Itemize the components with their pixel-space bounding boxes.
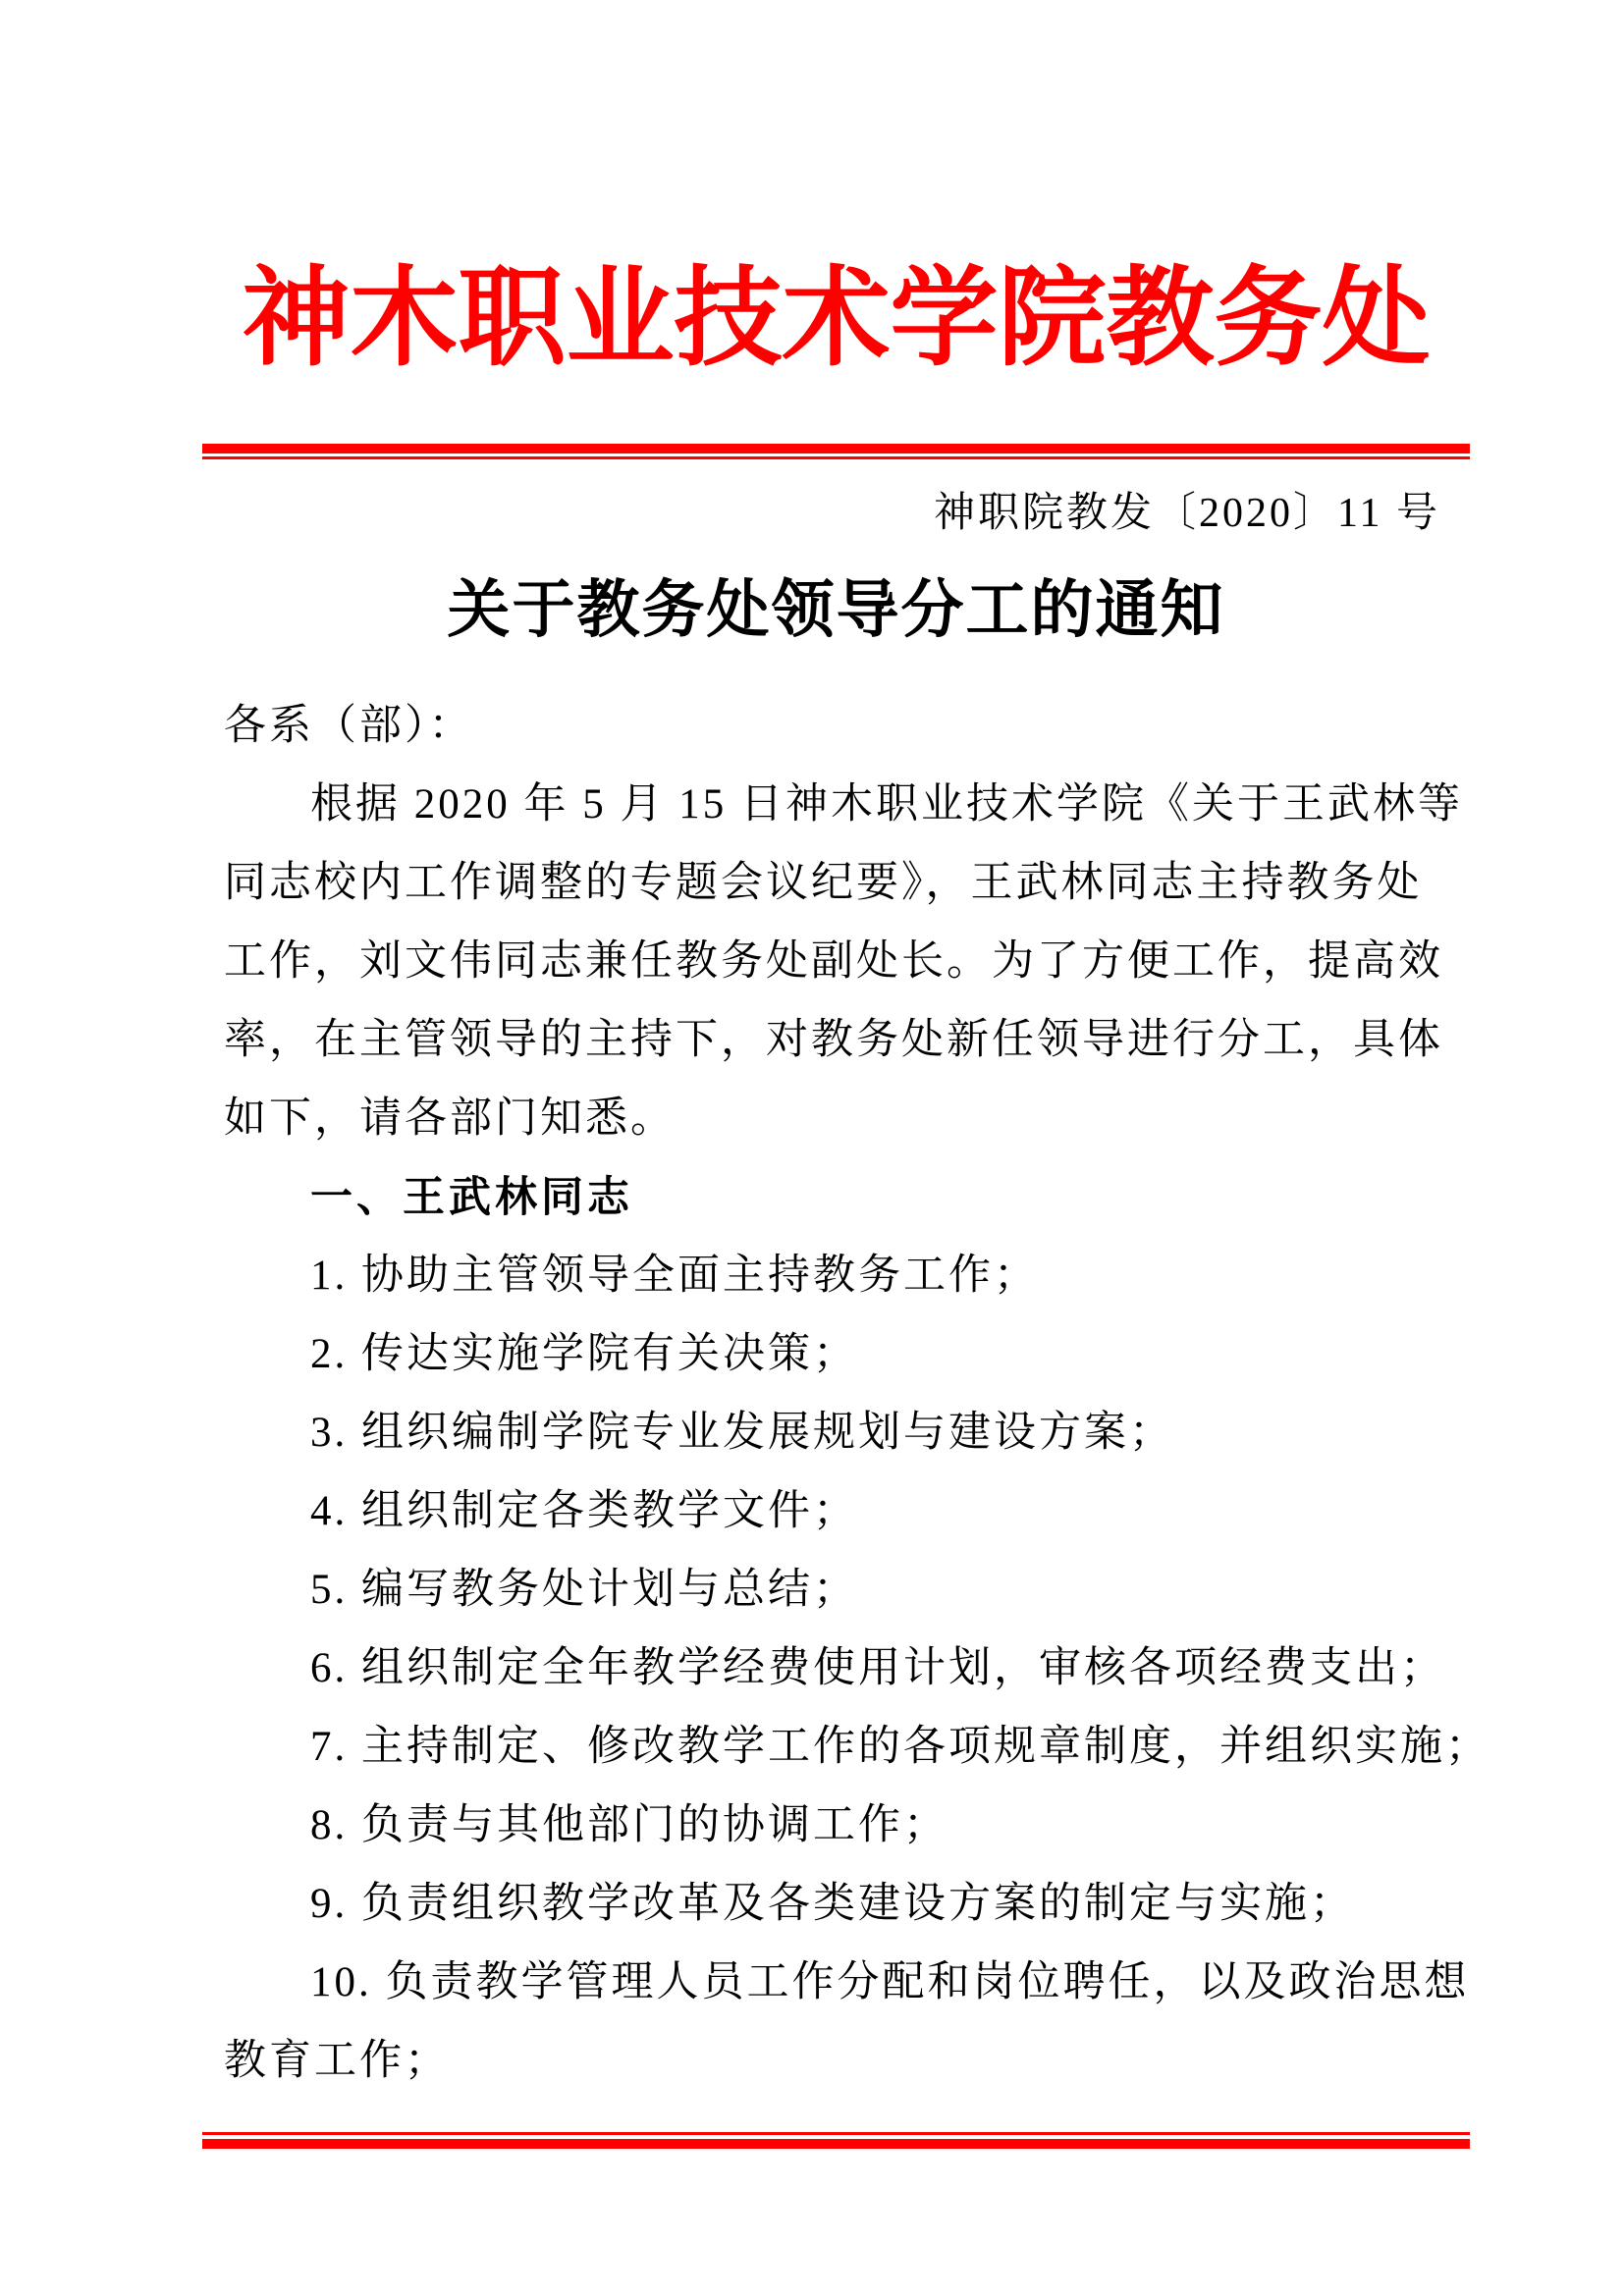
intro-line: 率，在主管领导的主持下，对教务处新任领导进行分工，具体 xyxy=(224,1001,1456,1080)
intro-line: 同志校内工作调整的专题会议纪要》，王武林同志主持教务处 xyxy=(224,844,1456,923)
red-separator-bottom xyxy=(202,2132,1470,2149)
separator-thick-bar xyxy=(202,444,1470,454)
list-item: 9. 负责组织教学改革及各类建设方案的制定与实施； xyxy=(224,1865,1456,1944)
intro-line: 根据 2020 年 5 月 15 日神木职业技术学院《关于王武林等 xyxy=(224,766,1456,844)
list-item: 8. 负责与其他部门的协调工作； xyxy=(224,1787,1456,1865)
list-item: 7. 主持制定、修改教学工作的各项规章制度，并组织实施； xyxy=(224,1708,1456,1787)
separator-thin-bar xyxy=(202,456,1470,459)
section-heading: 一、王武林同志 xyxy=(224,1158,1456,1237)
list-item-continuation: 教育工作； xyxy=(224,2022,1456,2101)
document-body: 各系（部）： 根据 2020 年 5 月 15 日神木职业技术学院《关于王武林等… xyxy=(224,687,1456,2101)
list-item: 5. 编写教务处计划与总结； xyxy=(224,1551,1456,1629)
list-item: 2. 传达实施学院有关决策； xyxy=(224,1315,1456,1394)
document-page: 神木职业技术学院教务处 神职院教发〔2020〕11 号 关于教务处领导分工的通知… xyxy=(0,0,1624,2296)
agency-header-title: 神木职业技术学院教务处 xyxy=(202,240,1470,398)
intro-line: 工作，刘文伟同志兼任教务处副处长。为了方便工作，提高效 xyxy=(224,923,1456,1001)
intro-line: 如下，请各部门知悉。 xyxy=(224,1080,1456,1158)
list-item: 1. 协助主管领导全面主持教务工作； xyxy=(224,1237,1456,1315)
list-item: 10. 负责教学管理人员工作分配和岗位聘任，以及政治思想 xyxy=(224,1944,1456,2022)
separator-thick-bar xyxy=(202,2139,1470,2149)
list-item: 4. 组织制定各类教学文件； xyxy=(224,1472,1456,1551)
list-item: 6. 组织制定全年教学经费使用计划，审核各项经费支出； xyxy=(224,1629,1456,1708)
document-number: 神职院教发〔2020〕11 号 xyxy=(202,485,1440,542)
red-separator-top xyxy=(202,444,1470,459)
document-title: 关于教务处领导分工的通知 xyxy=(202,571,1470,650)
salutation: 各系（部）： xyxy=(224,687,1456,766)
list-item: 3. 组织编制学院专业发展规划与建设方案； xyxy=(224,1394,1456,1472)
